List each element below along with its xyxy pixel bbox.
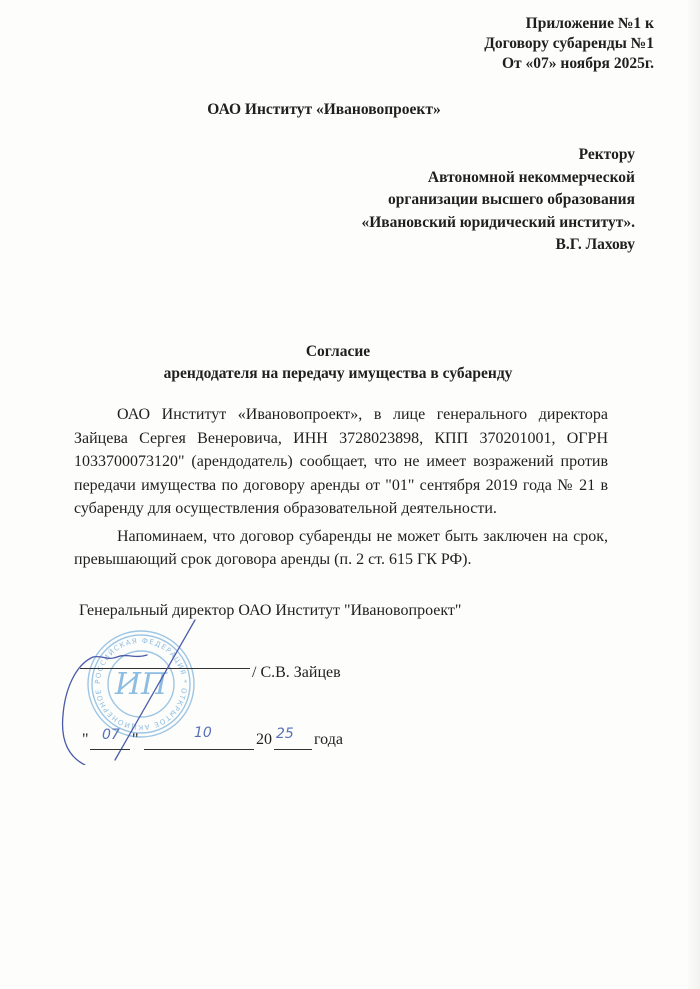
addressee-line: Ректору: [361, 144, 635, 167]
month-line: [144, 749, 254, 750]
addressee-line: В.Г. Лахову: [361, 234, 635, 257]
day-handwritten: 07: [102, 727, 120, 743]
signer-name: / С.В. Зайцев: [252, 664, 341, 682]
addressee-line: Автономной некоммерческой: [361, 167, 635, 190]
appendix-reference: Приложение №1 к Договору субаренды №1 От…: [484, 14, 654, 74]
year-suffix: года: [314, 731, 343, 749]
year-handwritten: 25: [276, 726, 294, 742]
year-line: [274, 749, 312, 750]
addressee-line: «Ивановский юридический институт».: [361, 212, 635, 235]
signature-date: " 07 " 10 20 25 года: [82, 731, 382, 753]
sender-org-name: ОАО Институт «Ивановопроект»: [207, 101, 440, 118]
month-handwritten: 10: [194, 725, 212, 741]
day-line: [90, 749, 130, 750]
document-title: Согласие арендодателя на передачу имущес…: [0, 341, 700, 385]
title-line-2: арендодателя на передачу имущества в суб…: [0, 363, 688, 385]
appendix-line: От «07» ноября 2025г.: [484, 54, 654, 74]
sender-organization: ОАО Институт «Ивановопроект»: [0, 101, 660, 119]
body-paragraph: ОАО Институт «Ивановопроект», в лице ген…: [74, 403, 608, 521]
body-paragraph: Напоминаем, что договор субаренды не мож…: [74, 525, 608, 572]
date-quote-open: ": [82, 731, 89, 749]
appendix-line: Приложение №1 к: [484, 14, 654, 34]
date-quote-close: ": [132, 731, 139, 749]
page-edge-shadow: [688, 0, 700, 989]
title-line-1: Согласие: [0, 341, 688, 363]
appendix-line: Договору субаренды №1: [484, 34, 654, 54]
document-body: ОАО Институт «Ивановопроект», в лице ген…: [74, 403, 608, 572]
addressee-block: Ректору Автономной некоммерческой органи…: [361, 144, 635, 257]
addressee-line: организации высшего образования: [361, 189, 635, 212]
year-prefix: 20: [256, 731, 272, 749]
